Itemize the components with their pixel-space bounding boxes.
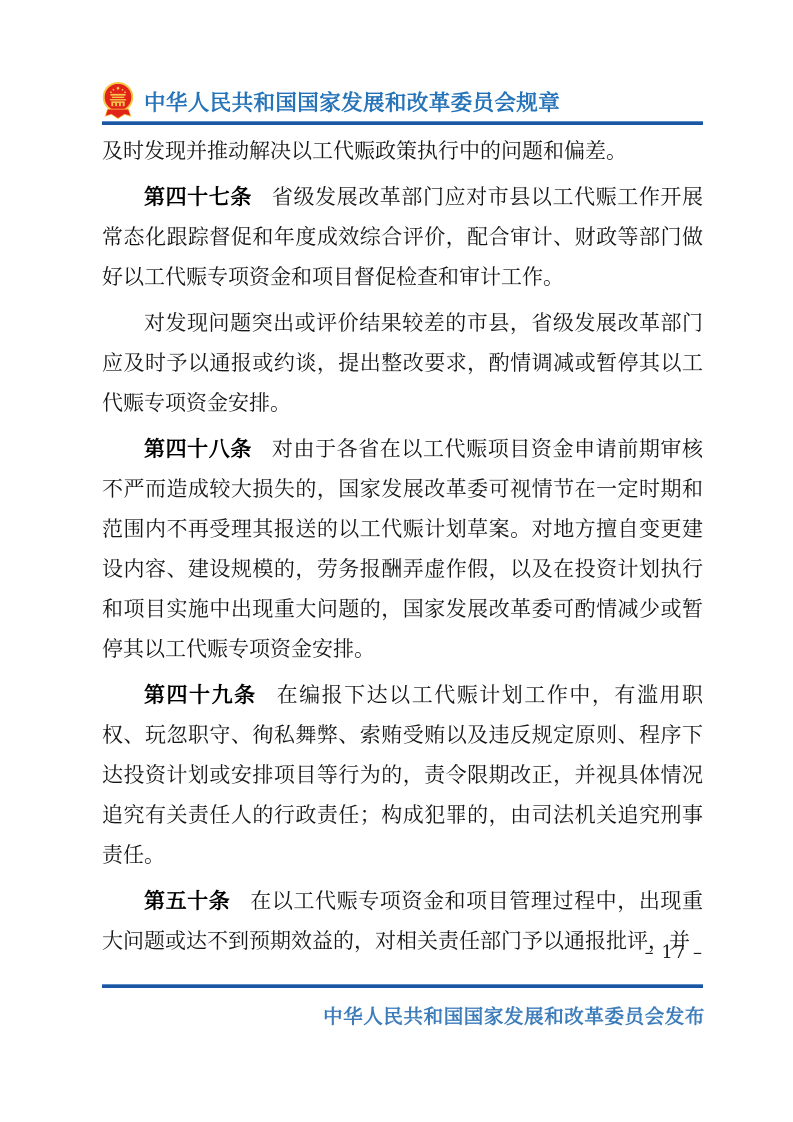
article-number: 第四十七条 — [144, 185, 252, 209]
article-number: 第四十九条 — [144, 683, 257, 707]
document-header: 中华人民共和国国家发展和改革委员会规章 — [99, 81, 705, 121]
document-header-title: 中华人民共和国国家发展和改革委员会规章 — [144, 86, 560, 117]
body-paragraph: 第四十九条在编报下达以工代赈计划工作中，有滥用职权、玩忽职守、徇私舞弊、索贿受贿… — [102, 675, 703, 875]
article-number: 第五十条 — [144, 889, 230, 913]
publisher-line: 中华人民共和国国家发展和改革委员会发布 — [100, 1001, 705, 1029]
body-paragraph: 对发现问题突出或评价结果较差的市县，省级发展改革部门应及时予以通报或约谈，提出整… — [102, 303, 703, 423]
paragraph-text: 对发现问题突出或评价结果较差的市县，省级发展改革部门应及时予以通报或约谈，提出整… — [102, 311, 703, 415]
paragraph-text: 在编报下达以工代赈计划工作中，有滥用职权、玩忽职守、徇私舞弊、索贿受贿以及违反规… — [102, 683, 703, 867]
body-paragraph: 第四十八条对由于各省在以工代赈项目资金申请前期审核不严而造成较大损失的，国家发展… — [102, 429, 703, 669]
national-emblem-icon — [99, 81, 137, 121]
document-body: 及时发现并推动解决以工代赈政策执行中的问题和偏差。 第四十七条省级发展改革部门应… — [102, 131, 703, 967]
paragraph-text: 及时发现并推动解决以工代赈政策执行中的问题和偏差。 — [102, 139, 627, 163]
article-number: 第四十八条 — [144, 437, 252, 461]
body-paragraph: 及时发现并推动解决以工代赈政策执行中的问题和偏差。 — [102, 131, 703, 171]
body-paragraph: 第四十七条省级发展改革部门应对市县以工代赈工作开展常态化跟踪督促和年度成效综合评… — [102, 177, 703, 297]
paragraph-text: 对由于各省在以工代赈项目资金申请前期审核不严而造成较大损失的，国家发展改革委可视… — [102, 437, 703, 661]
page-number: – 17 – — [102, 942, 703, 963]
footer-rule — [102, 984, 703, 988]
document-page: 中华人民共和国国家发展和改革委员会规章 及时发现并推动解决以工代赈政策执行中的问… — [0, 0, 793, 1122]
header-rule — [102, 121, 703, 125]
